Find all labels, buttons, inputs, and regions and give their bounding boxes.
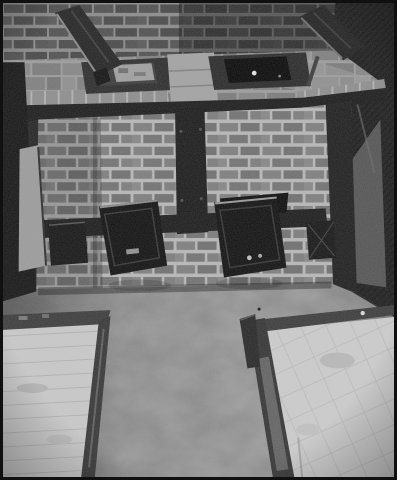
vignette-overlay [3, 3, 394, 477]
photograph [0, 0, 397, 480]
scene-canvas [3, 3, 394, 477]
